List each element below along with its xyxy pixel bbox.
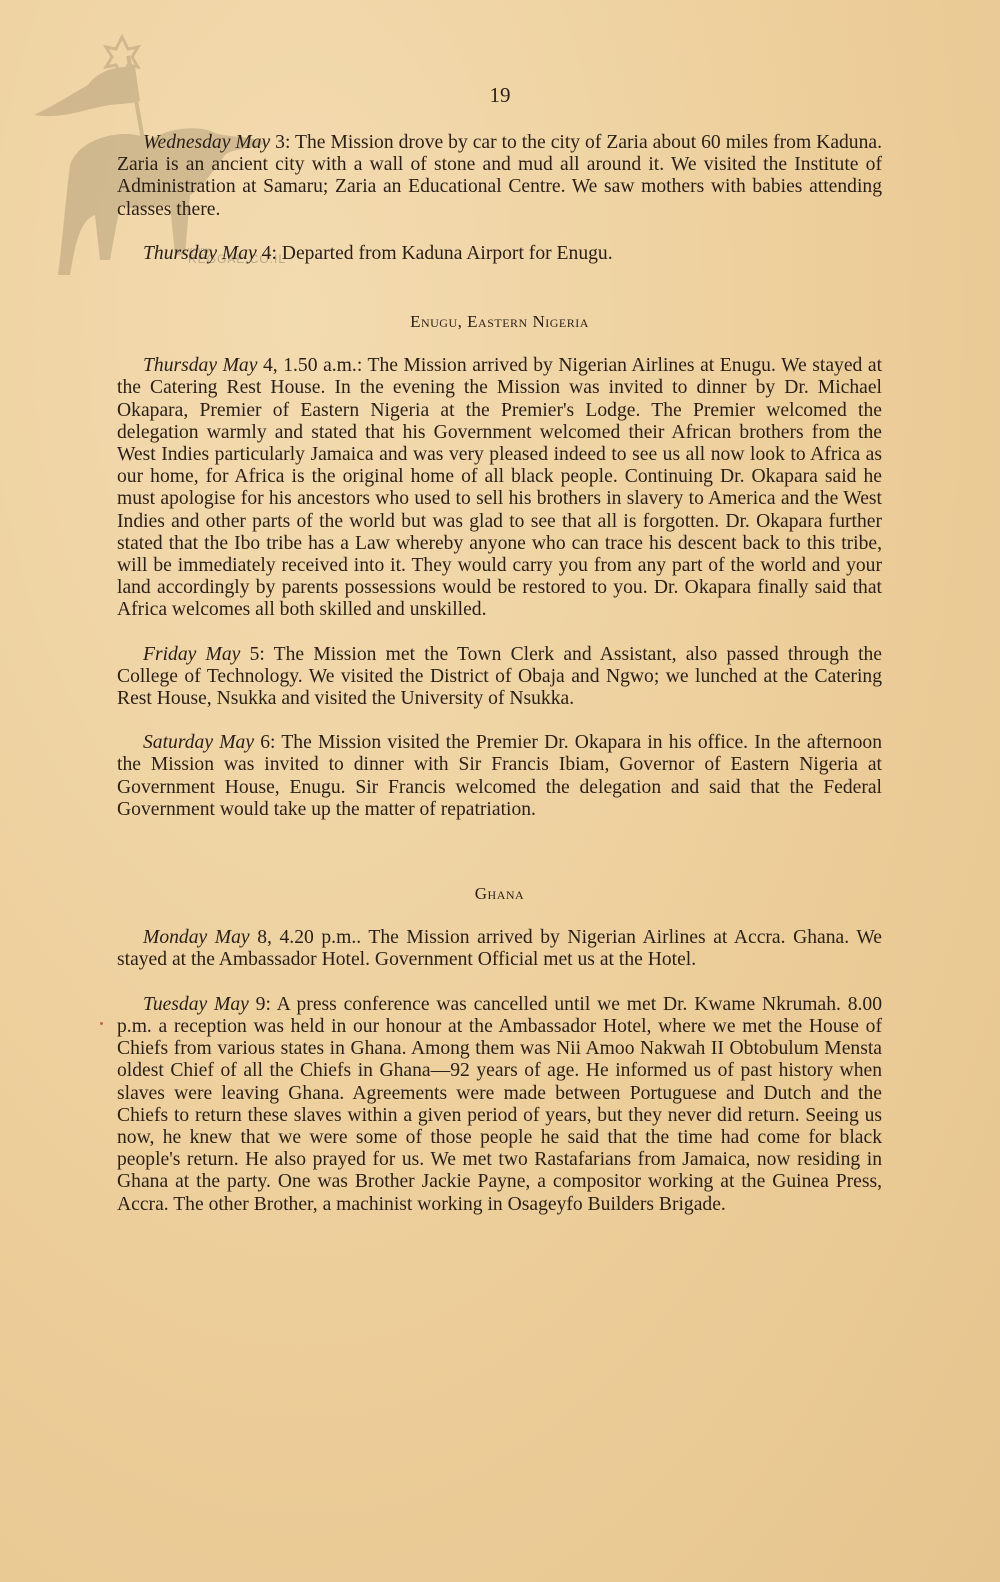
entry-date: Wednesday May: [143, 132, 270, 153]
entry-text: 9: A press conference was cancelled unti…: [117, 994, 882, 1215]
section-ghana: Ghana Monday May 8, 4.20 p.m.. The Missi…: [117, 883, 882, 1216]
diary-entry: Friday May 5: The Mission met the Town C…: [117, 644, 882, 711]
diary-entry: Monday May 8, 4.20 p.m.. The Mission arr…: [117, 927, 882, 971]
entry-date: Tuesday May: [143, 994, 249, 1015]
entry-date: Saturday May: [143, 732, 254, 753]
diary-entry: Wednesday May 3: The Mission drove by ca…: [117, 132, 882, 221]
section-enugu: Enugu, Eastern Nigeria Thursday May 4, 1…: [117, 311, 882, 821]
entry-date: Friday May: [143, 644, 240, 665]
diary-entry: Thursday May 4, 1.50 a.m.: The Mission a…: [117, 355, 882, 621]
section-heading: Ghana: [117, 883, 882, 905]
entry-text: 4, 1.50 a.m.: The Mission arrived by Nig…: [117, 355, 882, 620]
entry-date: Thursday May: [143, 355, 257, 376]
section-heading: Enugu, Eastern Nigeria: [117, 311, 882, 333]
diary-entry: Thursday May 4: Departed from Kaduna Air…: [117, 243, 882, 265]
paper-speck: [100, 1022, 103, 1025]
section-kaduna: Wednesday May 3: The Mission drove by ca…: [117, 132, 882, 265]
entry-date: Monday May: [143, 927, 250, 948]
diary-entry: Tuesday May 9: A press conference was ca…: [117, 994, 882, 1216]
entry-text: 4: Departed from Kaduna Airport for Enug…: [257, 243, 613, 264]
entry-date: Thursday May: [143, 243, 257, 264]
page-number: 19: [0, 83, 1000, 108]
page-content: Wednesday May 3: The Mission drove by ca…: [117, 132, 882, 1216]
diary-entry: Saturday May 6: The Mission visited the …: [117, 732, 882, 821]
